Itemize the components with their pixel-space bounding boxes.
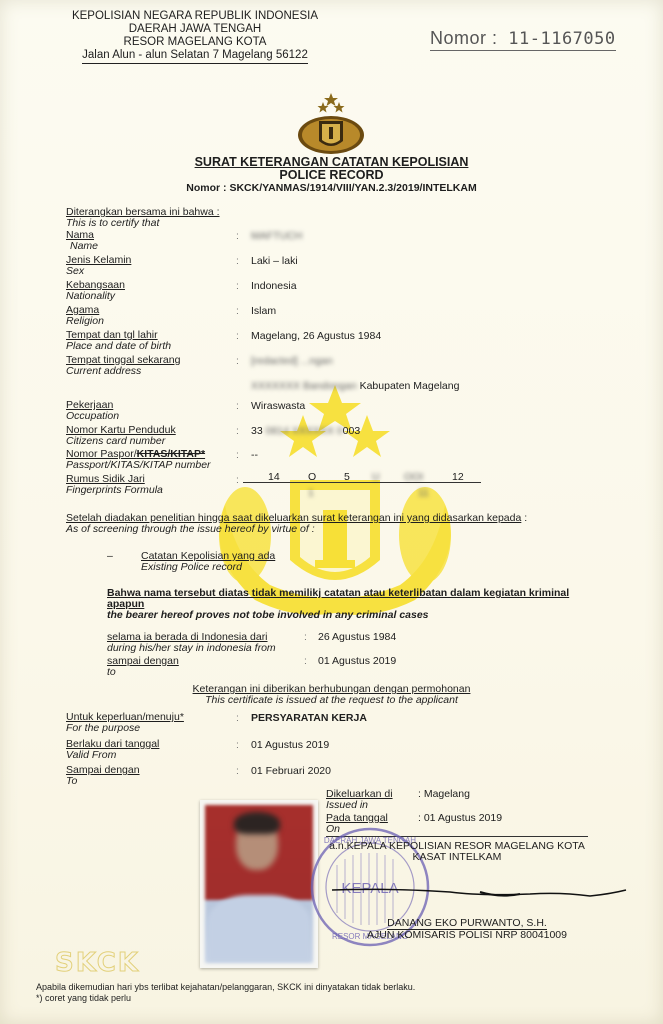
document-number: Nomor : SKCK/YANMAS/1914/VIII/YAN.2.3/20…	[0, 182, 663, 195]
issuer-line: KEPOLISIAN NEGARA REPUBLIK INDONESIA	[60, 10, 330, 23]
field-passport: Nomor Paspor/KITAS/KITAP* Passport/KITAS…	[66, 449, 211, 471]
footer-footnote: *) coret yang tidak perlu	[36, 993, 131, 1003]
field-nationality: Kebangsaan Nationality	[66, 280, 125, 302]
issuer-line: DAERAH JAWA TENGAH	[60, 23, 330, 36]
colon: :	[236, 330, 239, 342]
colon: :	[236, 765, 239, 777]
purpose-value: PERSYARATAN KERJA	[251, 712, 367, 724]
stay-to-value: 01 Agustus 2019	[318, 656, 396, 667]
field-name-value: MAFTUCH	[251, 230, 302, 242]
field-citizen-card-value: 33 0814 XXXXXX 0003	[251, 425, 360, 437]
field-valid-to: Sampai denganTo	[66, 765, 140, 787]
field-religion-value: Islam	[251, 305, 276, 317]
stay-from: selama ia berada di Indonesia dariduring…	[107, 632, 276, 654]
field-nationality-value: Indonesia	[251, 280, 297, 292]
clearance-statement: Bahwa nama tersebut diatas tidak memilik…	[107, 588, 597, 621]
field-sex-value: Laki – laki	[251, 255, 298, 267]
title-english: POLICE RECORD	[0, 169, 663, 182]
field-occupation-value: Wiraswasta	[251, 400, 305, 412]
field-valid-from: Berlaku dari tanggalValid From	[66, 739, 159, 761]
serial-value: 11-1167050	[508, 29, 615, 49]
field-name: Nama Name	[66, 230, 98, 252]
footer-note: Apabila dikemudian hari ybs terlibat kej…	[36, 982, 415, 992]
request-note: Keterangan ini diberikan berhubungan den…	[0, 684, 663, 706]
field-birth: Tempat dan tgl lahir Place and date of b…	[66, 330, 171, 352]
field-fingerprint: Rumus Sidik Jari Fingerprints Formula	[66, 474, 163, 496]
intro-text: Diterangkan bersama ini bahwa : This is …	[66, 207, 220, 229]
field-birth-value: Magelang, 26 Agustus 1984	[251, 330, 381, 342]
valid-from-value: 01 Agustus 2019	[251, 739, 329, 751]
issued-in-value: : Magelang	[418, 789, 470, 800]
signatory-title: a.n.KEPALA KEPOLISIAN RESOR MAGELANG KOT…	[322, 841, 592, 863]
colon: :	[236, 255, 239, 267]
issuer-line: RESOR MAGELANG KOTA	[60, 36, 330, 49]
colon: :	[236, 400, 239, 412]
issuer-header: KEPOLISIAN NEGARA REPUBLIK INDONESIA DAE…	[60, 10, 330, 64]
colon: :	[236, 425, 239, 437]
colon: :	[236, 355, 239, 367]
colon: :	[236, 305, 239, 317]
police-watermark-icon	[185, 385, 485, 615]
applicant-photo	[200, 800, 318, 968]
field-purpose: Untuk keperluan/menuju*For the purpose	[66, 712, 184, 734]
basis-dash: –	[107, 551, 113, 562]
field-address-value-2: XXXXXXX Bandongan Kabupaten Magelang	[251, 380, 459, 392]
colon: :	[236, 739, 239, 751]
document-title: SURAT KETERANGAN CATATAN KEPOLISIAN POLI…	[0, 156, 663, 195]
field-passport-value: --	[251, 449, 258, 461]
stay-to: sampai denganto	[107, 656, 179, 678]
serial-label: Nomor :	[430, 28, 498, 48]
screening-text: Setelah diadakan penelitian hingga saat …	[66, 513, 527, 535]
colon: :	[304, 656, 307, 667]
signatory-rank: AJUN KOMISARIS POLISI NRP 80041009	[357, 930, 577, 941]
colon: :	[304, 632, 307, 643]
field-address: Tempat tinggal sekarang Current address	[66, 355, 180, 377]
issuer-address: Jalan Alun - alun Selatan 7 Magelang 561…	[82, 49, 308, 64]
field-citizen-card: Nomor Kartu Penduduk Citizens card numbe…	[66, 425, 176, 447]
colon: :	[236, 712, 239, 724]
fingerprint-divider	[243, 482, 481, 483]
field-religion: Agama Religion	[66, 305, 104, 327]
colon: :	[236, 280, 239, 292]
serial-number: Nomor : 11-1167050	[430, 28, 616, 51]
signatory-name-block: DANANG EKO PURWANTO, S.H. AJUN KOMISARIS…	[357, 918, 577, 941]
issued-in: Dikeluarkan diIssued in	[326, 789, 393, 811]
colon: :	[236, 474, 239, 486]
colon: :	[236, 449, 239, 461]
field-address-value: [redacted] ...ngan	[251, 355, 333, 367]
colon: :	[236, 230, 239, 242]
field-occupation: Pekerjaan Occupation	[66, 400, 119, 422]
signature-icon	[330, 880, 630, 900]
valid-to-value: 01 Februari 2020	[251, 765, 331, 777]
field-sex: Jenis Kelamin Sex	[66, 255, 131, 277]
stay-from-value: 26 Agustus 1984	[318, 632, 396, 643]
police-emblem-icon	[295, 93, 367, 155]
skck-watermark: SKCK	[55, 948, 140, 978]
issued-on-value: : 01 Agustus 2019	[418, 813, 502, 824]
screening-basis: Catatan Kepolisian yang ada Existing Pol…	[141, 551, 275, 573]
police-record-document: KEPOLISIAN NEGARA REPUBLIK INDONESIA DAE…	[0, 0, 663, 1024]
